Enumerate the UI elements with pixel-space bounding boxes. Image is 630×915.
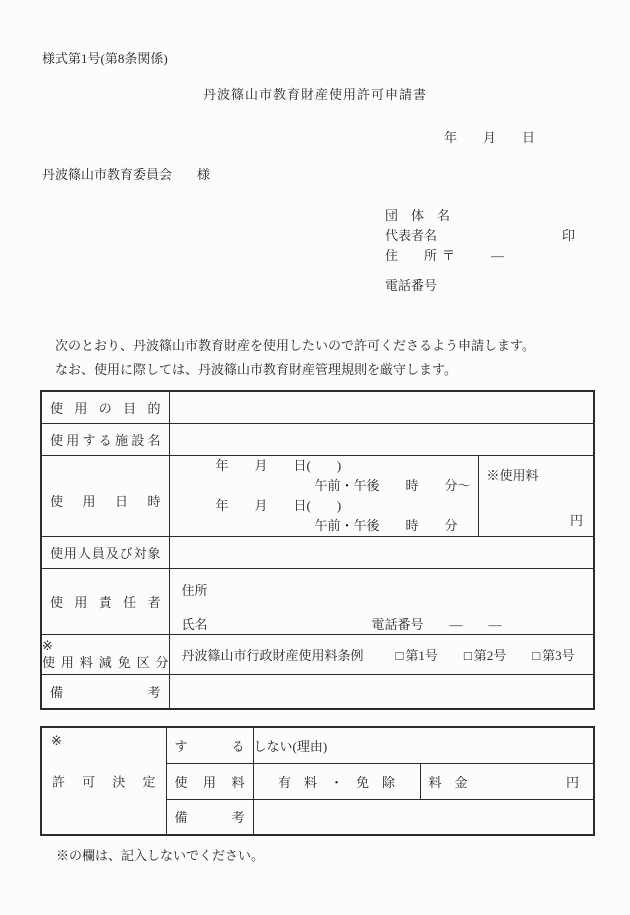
intro-line-2: なお、使用に際しては、丹波篠山市教育財産管理規則を厳守します。	[42, 358, 535, 382]
decision-remarks-input-area	[253, 799, 594, 835]
amount-unit: 円	[566, 772, 579, 791]
manager-input-area: 住所 氏名電話番号 ― ―	[169, 568, 594, 634]
page-title: 丹波篠山市教育財産使用許可申請書	[0, 84, 630, 103]
amount-cell: 料 金 円	[420, 763, 594, 799]
remarks-label-cell: 備考	[41, 674, 169, 709]
fee-options-cell: 有 料 ・ 免 除	[253, 763, 420, 799]
people-label: 使用人員及び対象	[42, 543, 169, 562]
address-label: 住 所	[385, 248, 437, 263]
decision-remarks-label-cell: 備考	[166, 799, 253, 835]
decision-mark: ※	[51, 733, 62, 749]
exemption-option-3-label: 第3号	[542, 648, 575, 663]
fee-options-label: 有 料 ・ 免 除	[278, 775, 395, 790]
postal-dash: ―	[491, 248, 504, 263]
exemption-label: 使用料減免区分	[42, 654, 169, 671]
representative-label: 代表者名	[385, 226, 437, 246]
application-form-page: 様式第1号(第8条関係) 丹波篠山市教育財産使用許可申請書 年 月 日 丹波篠山…	[0, 0, 630, 915]
decision-table: ※ 許可決定 する しない(理由) 使用料 有 料 ・ 免 除 料 金 円 備考	[40, 726, 595, 836]
facility-label: 使用する施設名	[42, 430, 169, 449]
manager-label: 使用責任者	[42, 592, 169, 611]
checkbox-icon: □	[396, 648, 404, 663]
exemption-option-1: □第1号	[396, 645, 438, 664]
ordinance-label: 丹波篠山市行政財産使用料条例	[182, 645, 364, 664]
seal-mark: 印	[562, 226, 575, 246]
people-label-cell: 使用人員及び対象	[41, 536, 169, 568]
manager-phone-line: 電話番号 ― ―	[372, 617, 502, 632]
datetime-label: 使用日時	[42, 481, 169, 510]
approve-cell: する	[166, 727, 253, 763]
purpose-input-area	[169, 391, 594, 423]
datetime-start-time: 午前・午後 時 分～	[170, 476, 478, 496]
people-input-area	[169, 536, 594, 568]
facility-input-area	[169, 423, 594, 455]
deny-label: しない(理由)	[254, 739, 328, 754]
exemption-mark: ※	[42, 637, 169, 654]
datetime-end-date: 年 月 日( )	[170, 496, 478, 516]
fee-label: ※使用料	[487, 465, 539, 484]
amount-label: 料 金	[429, 772, 468, 791]
date-line: 年 月 日	[444, 127, 535, 146]
exemption-label-cell: ※ 使用料減免区分	[41, 634, 169, 674]
approve-label: する	[167, 736, 253, 755]
datetime-input-area: 年 月 日( ) 午前・午後 時 分～ 年 月 日( ) 午前・午後 時 分	[169, 455, 478, 536]
deny-cell: しない(理由)	[253, 727, 594, 763]
manager-label-cell: 使用責任者	[41, 568, 169, 634]
exemption-option-2-label: 第2号	[474, 648, 507, 663]
exemption-option-1-label: 第1号	[405, 648, 438, 663]
datetime-start-date: 年 月 日( )	[170, 456, 478, 476]
decision-remarks-label: 備考	[167, 807, 253, 826]
datetime-label-cell: 使用日時	[41, 455, 169, 536]
decision-label-cell: ※ 許可決定	[41, 727, 166, 835]
purpose-label: 使用の目的	[42, 398, 169, 417]
org-name-label: 団 体 名	[385, 206, 575, 226]
manager-name-label: 氏名	[182, 617, 208, 632]
checkbox-icon: □	[464, 648, 472, 663]
decision-label: 許可決定	[42, 772, 166, 791]
exemption-option-2: □第2号	[464, 645, 506, 664]
application-table: 使用の目的 使用する施設名 使用日時 年 月 日( ) 午前・午後 時 分～ 年…	[40, 390, 595, 710]
form-number: 様式第1号(第8条関係)	[42, 48, 168, 67]
footer-note: ※の欄は、記入しないでください。	[56, 845, 264, 864]
exemption-value-cell: 丹波篠山市行政財産使用料条例 □第1号 □第2号 □第3号	[169, 634, 594, 674]
remarks-label: 備考	[42, 682, 169, 701]
addressee-name: 丹波篠山市教育委員会	[42, 167, 172, 182]
postal-mark-icon: 〒	[442, 248, 455, 263]
fee-unit: 円	[570, 510, 583, 529]
exemption-option-3: □第3号	[532, 645, 574, 664]
addressee-honorific: 様	[197, 167, 210, 182]
checkbox-icon: □	[532, 648, 540, 663]
decision-fee-label: 使用料	[167, 772, 253, 791]
decision-fee-label-cell: 使用料	[166, 763, 253, 799]
remarks-input-area	[169, 674, 594, 709]
phone-label: 電話番号	[385, 276, 575, 296]
manager-address-label: 住所	[182, 580, 594, 599]
fee-cell: ※使用料 円	[478, 455, 594, 536]
intro-line-1: 次のとおり、丹波篠山市教育財産を使用したいので許可くださるよう申請します。	[42, 334, 535, 358]
datetime-end-time: 午前・午後 時 分	[170, 516, 478, 536]
purpose-label-cell: 使用の目的	[41, 391, 169, 423]
addressee: 丹波篠山市教育委員会様	[42, 164, 210, 183]
intro-paragraph: 次のとおり、丹波篠山市教育財産を使用したいので許可くださるよう申請します。 なお…	[42, 334, 535, 382]
facility-label-cell: 使用する施設名	[41, 423, 169, 455]
applicant-block: 団 体 名 代表者名 印 住 所〒― 電話番号	[385, 206, 575, 296]
